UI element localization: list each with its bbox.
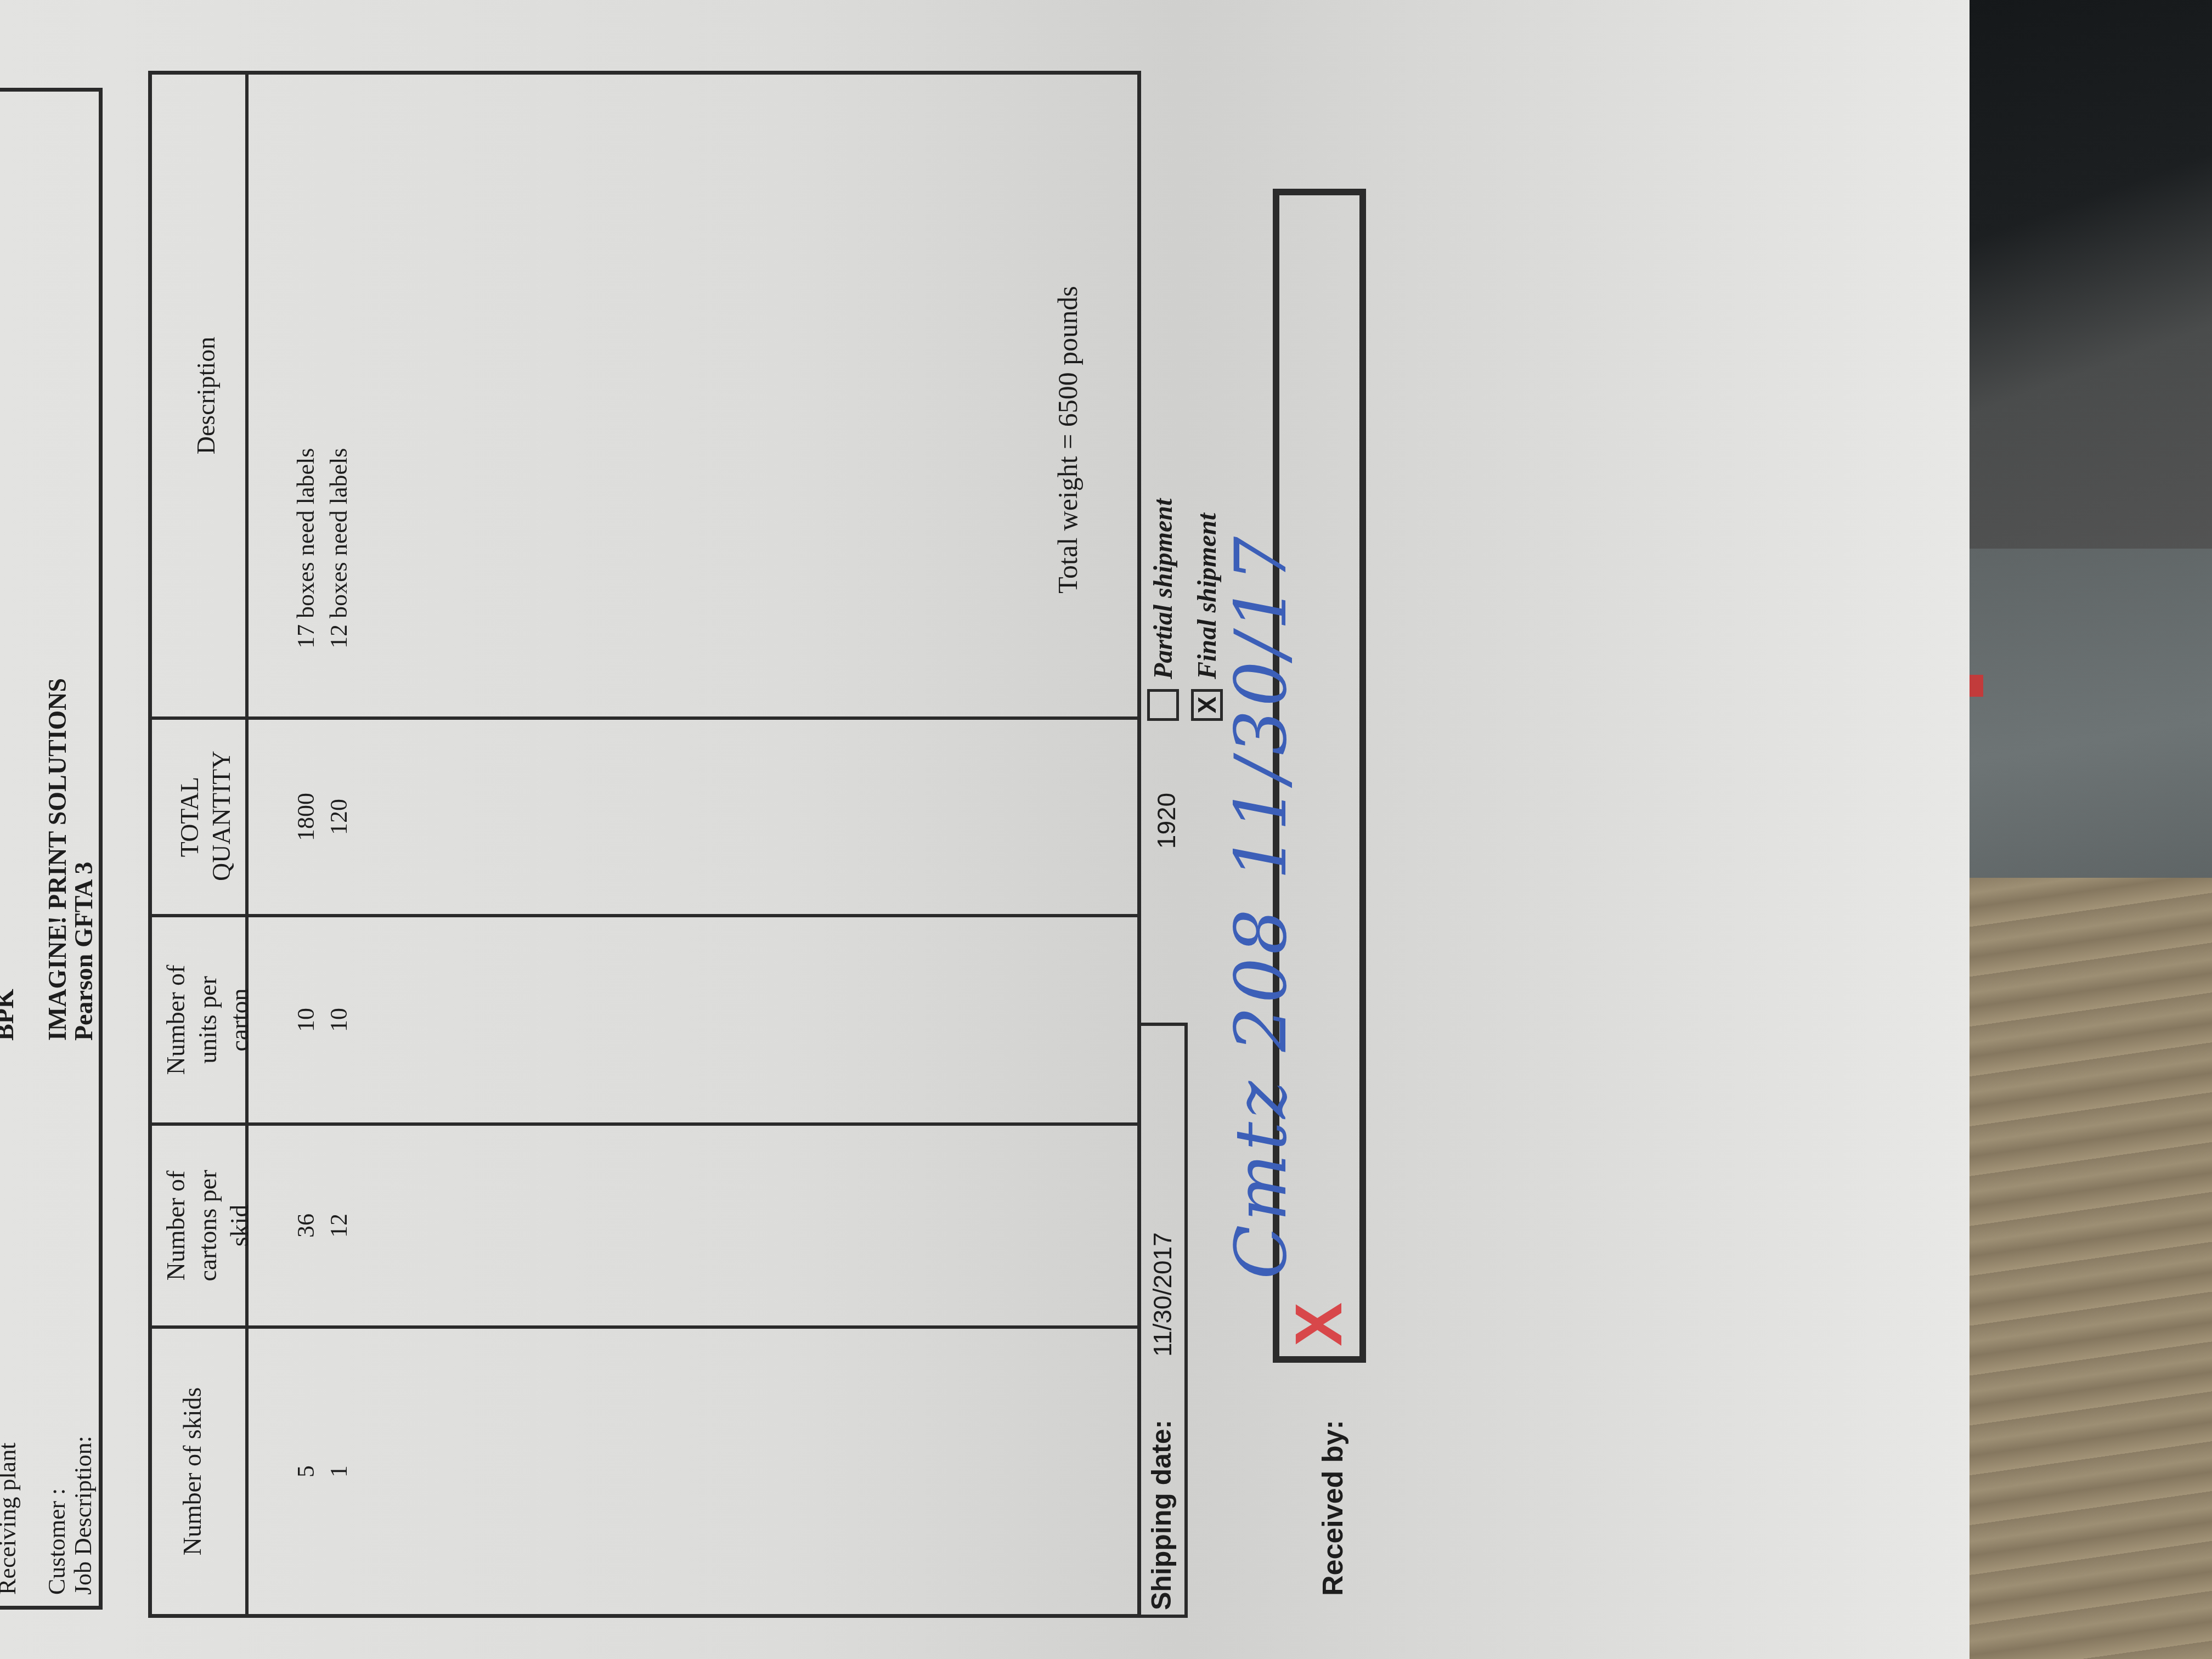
background-plastic-bin bbox=[1964, 549, 2212, 933]
cell-description: 17 boxes need labels bbox=[289, 100, 323, 648]
cell-total-quantity: 120 bbox=[322, 720, 356, 914]
partial-shipment-label: Partial shipment bbox=[1148, 499, 1178, 679]
header-description: Description bbox=[190, 75, 222, 716]
job-description-value: Pearson GFTA 3 bbox=[69, 862, 98, 1041]
header-total-quantity: TOTAL QUANTITY bbox=[174, 720, 238, 914]
header-box: Receiving plant BPK Customer : IMAGINE! … bbox=[0, 88, 103, 1610]
shipping-date-label: Shipping date: bbox=[1145, 1420, 1177, 1610]
sign-here-x-icon: X bbox=[1286, 1302, 1352, 1346]
shipment-type-group: Partial shipment X Final shipment bbox=[1141, 499, 1229, 721]
background-dark-object bbox=[1964, 0, 2212, 603]
total-quantity-sum: 1920 bbox=[1149, 724, 1183, 918]
total-weight-note: Total weight = 6500 pounds bbox=[1052, 286, 1084, 594]
header-row-divider bbox=[245, 75, 249, 1614]
receiving-plant-value: BPK bbox=[0, 989, 19, 1041]
cell-total-quantity: 1800 bbox=[289, 720, 323, 914]
customer-label: Customer : bbox=[43, 1488, 71, 1595]
customer-value: IMAGINE! PRINT SOLUTIONS bbox=[43, 678, 72, 1041]
header-number-of-skids: Number of skids bbox=[177, 1329, 208, 1614]
header-units-per-carton: Number of units per carton bbox=[160, 917, 256, 1122]
cell-cartons-per-skid: 36 bbox=[289, 1126, 323, 1325]
cell-cartons-per-skid: 12 bbox=[322, 1126, 356, 1325]
shipping-date-value: 11/30/2017 bbox=[1148, 1232, 1177, 1357]
partial-shipment-checkbox[interactable] bbox=[1147, 689, 1179, 721]
cell-skids: 1 bbox=[322, 1329, 356, 1614]
shipping-date-box: Shipping date: 11/30/2017 bbox=[1141, 1023, 1188, 1618]
cell-units-per-carton: 10 bbox=[322, 917, 356, 1122]
cell-description: 12 boxes need labels bbox=[322, 100, 356, 648]
signature-box[interactable]: X Cmtz 208 11/30/17 bbox=[1273, 189, 1366, 1363]
partial-shipment-option[interactable]: Partial shipment bbox=[1141, 499, 1185, 721]
background-wood-table bbox=[1964, 878, 2212, 1659]
check-x-icon: X bbox=[1194, 697, 1220, 714]
received-by-label: Received by: bbox=[1317, 1420, 1350, 1596]
shipment-table: Number of skids Number of cartons per sk… bbox=[148, 71, 1141, 1618]
final-shipment-label: Final shipment bbox=[1192, 513, 1222, 679]
cell-units-per-carton: 10 bbox=[289, 917, 323, 1122]
receiving-plant-label: Receiving plant bbox=[0, 1443, 21, 1595]
job-description-label: Job Description: bbox=[69, 1436, 97, 1595]
handwritten-signature: Cmtz 208 11/30/17 bbox=[1219, 533, 1302, 1279]
paper-sheet: Receiving plant BPK Customer : IMAGINE! … bbox=[0, 0, 1970, 1659]
cell-skids: 5 bbox=[289, 1329, 323, 1614]
final-shipment-checkbox[interactable]: X bbox=[1191, 689, 1223, 721]
receiving-form: Receiving plant BPK Customer : IMAGINE! … bbox=[0, 0, 1970, 1659]
header-cartons-per-skid: Number of cartons per skid bbox=[160, 1126, 256, 1325]
